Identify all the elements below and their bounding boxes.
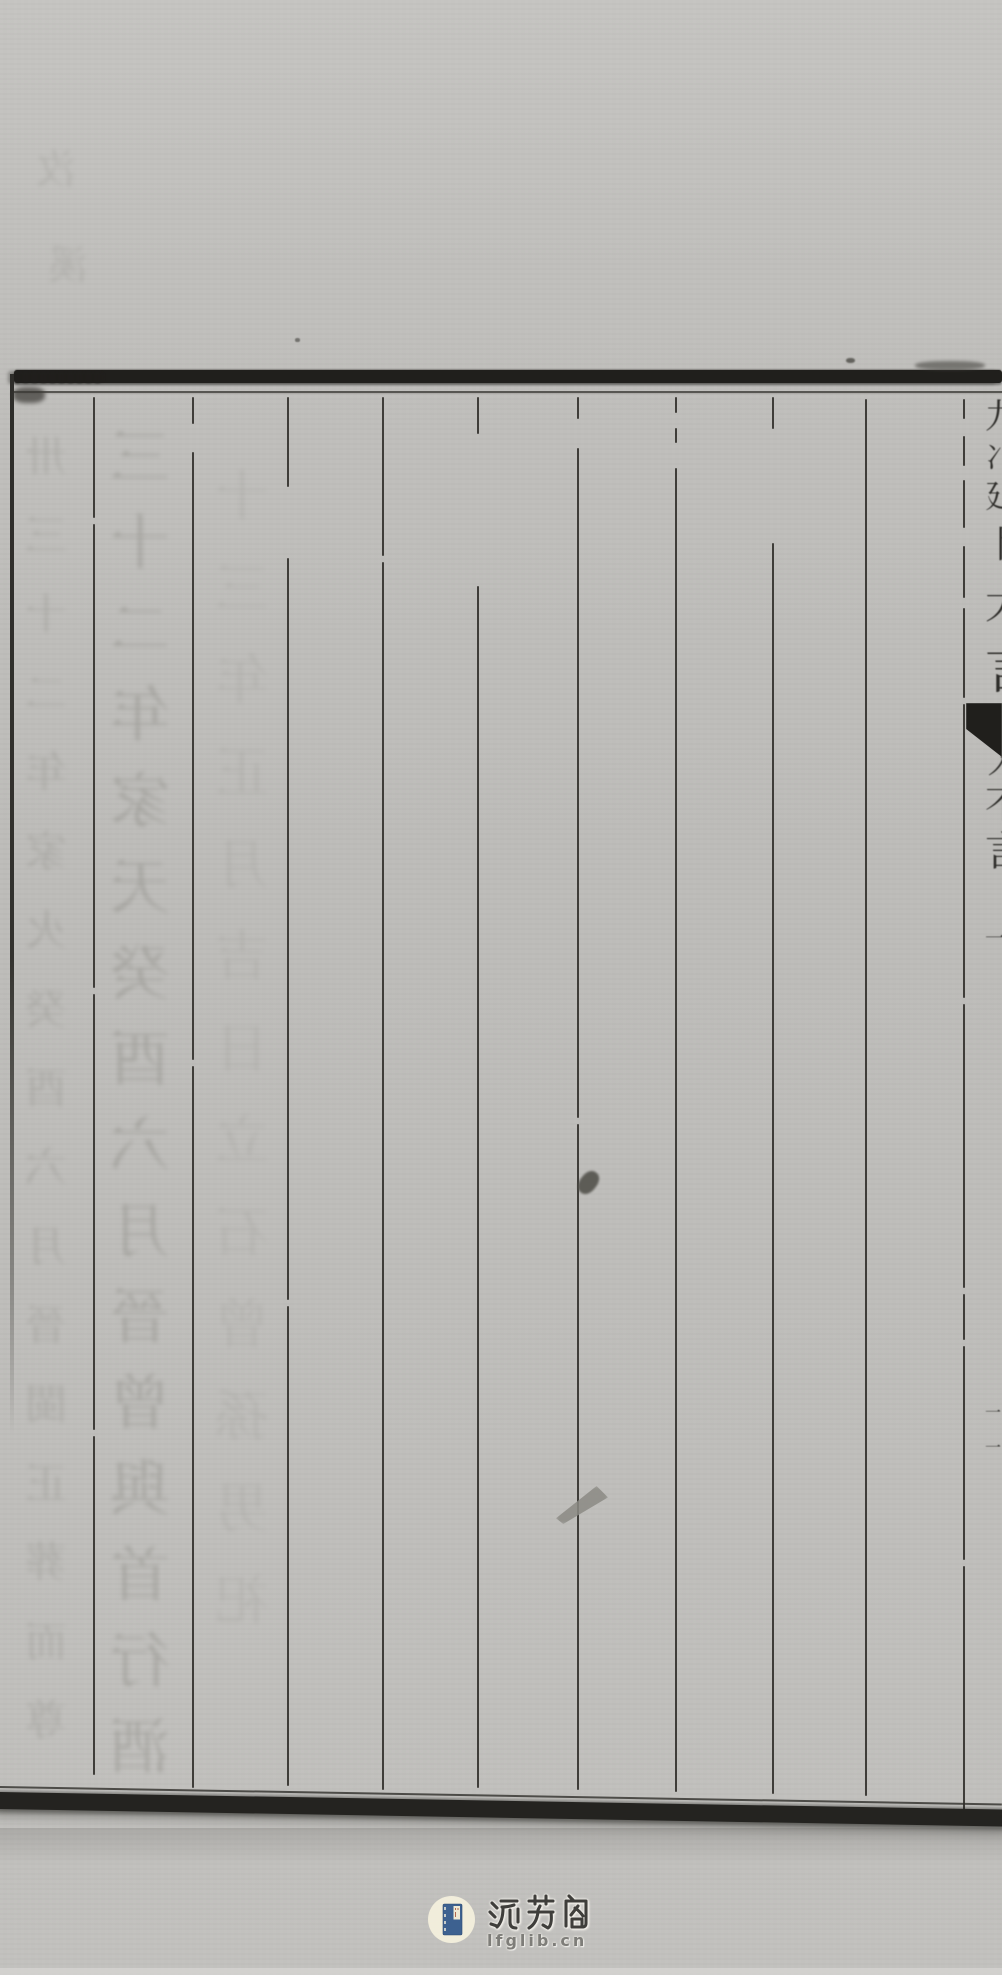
ink-speck	[574, 1167, 603, 1197]
scan-bottom-edge	[0, 1968, 1002, 1975]
ink-speck	[846, 358, 855, 363]
ink-speck	[915, 361, 985, 370]
book-badge-icon	[428, 1896, 475, 1943]
ink-speck	[295, 338, 300, 342]
page-edge-shadow	[0, 1828, 1002, 1864]
paper-smudge	[556, 1486, 608, 1524]
watermark-site-name	[485, 1893, 595, 1933]
library-watermark: 流芳阁	[428, 1893, 668, 1955]
debris-layer	[0, 0, 1002, 1975]
scanned-book-page: 卅三十二年家火癸酉六月晉閩正葬而尊三十二年家天癸酉六月晉曾與首行酒十三年正月吉日…	[0, 0, 1002, 1975]
watermark-site-url: lfglib.cn	[487, 1931, 587, 1950]
watermark-site-name-text: 流芳阁	[428, 1893, 429, 1894]
